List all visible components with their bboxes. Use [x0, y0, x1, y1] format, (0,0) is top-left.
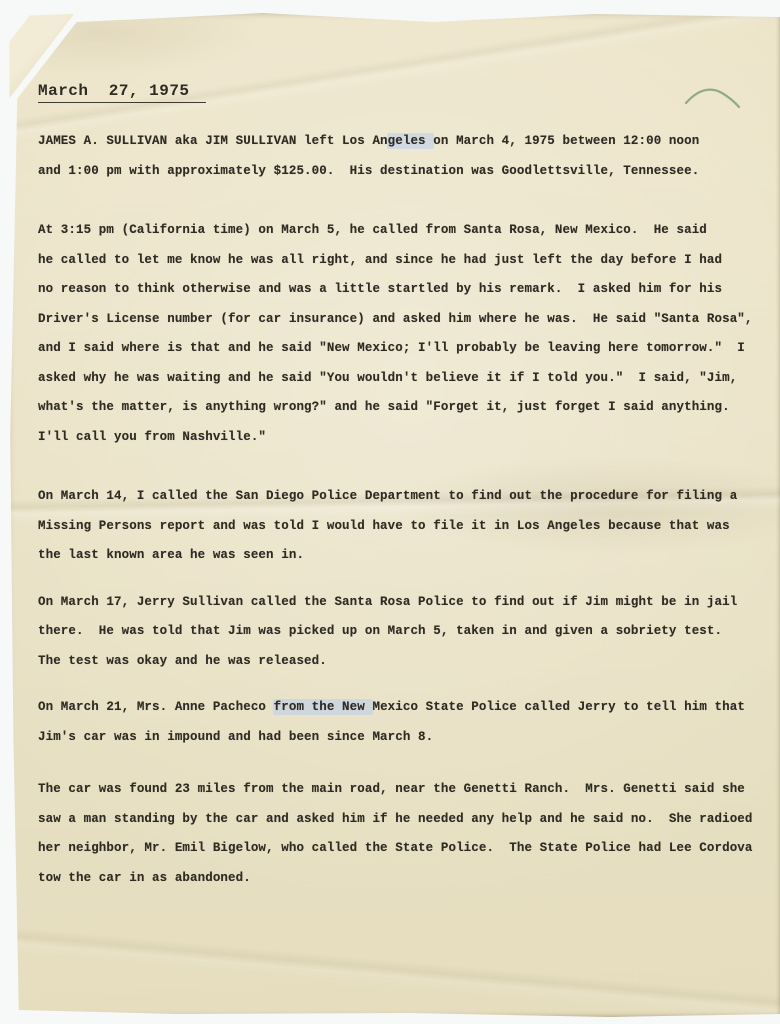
text-line: The car was found 23 miles from the main… — [38, 775, 758, 805]
text-segment: tow the car in as abandoned. — [38, 871, 251, 885]
text-segment: The test was okay and he was released. — [38, 654, 327, 668]
text-segment: there. He was told that Jim was picked u… — [38, 624, 722, 638]
text-segment: he called to let me know he was all righ… — [38, 253, 722, 267]
paragraph: On March 17, Jerry Sullivan called the S… — [38, 588, 758, 677]
text-line: On March 14, I called the San Diego Poli… — [38, 482, 758, 512]
paragraph: On March 21, Mrs. Anne Pacheco from the … — [38, 693, 758, 752]
paragraph: At 3:15 pm (California time) on March 5,… — [38, 216, 758, 452]
text-segment: At 3:15 pm (California time) on March 5,… — [38, 223, 707, 237]
text-segment: The car was found 23 miles from the main… — [38, 782, 745, 796]
text-line: The test was okay and he was released. — [38, 647, 758, 677]
text-segment: the last known area he was seen in. — [38, 548, 304, 562]
text-segment: saw a man standing by the car and asked … — [38, 812, 753, 826]
text-line: and 1:00 pm with approximately $125.00. … — [38, 157, 758, 187]
text-line: At 3:15 pm (California time) on March 5,… — [38, 216, 758, 246]
text-line: On March 21, Mrs. Anne Pacheco from the … — [38, 693, 758, 723]
text-segment: JAMES A. SULLIVAN aka JIM SULLIVAN left … — [38, 134, 388, 148]
document-body: JAMES A. SULLIVAN aka JIM SULLIVAN left … — [38, 127, 758, 893]
text-line: and I said where is that and he said "Ne… — [38, 334, 758, 364]
document-page: March 27, 1975 JAMES A. SULLIVAN aka JIM… — [8, 12, 780, 1018]
text-line: tow the car in as abandoned. — [38, 864, 758, 894]
text-line: Driver's License number (for car insuran… — [38, 305, 758, 335]
text-segment: no reason to think otherwise and was a l… — [38, 282, 722, 296]
text-segment: Jim's car was in impound and had been si… — [38, 730, 433, 744]
text-segment: and I said where is that and he said "Ne… — [38, 341, 745, 355]
highlighted-text: from the New — [274, 700, 373, 714]
text-segment: on March 4, 1975 between 12:00 noon — [433, 134, 699, 148]
text-line: no reason to think otherwise and was a l… — [38, 275, 758, 305]
text-line: Missing Persons report and was told I wo… — [38, 512, 758, 542]
text-segment: On March 14, I called the San Diego Poli… — [38, 489, 737, 503]
text-line: there. He was told that Jim was picked u… — [38, 617, 758, 647]
text-segment: her neighbor, Mr. Emil Bigelow, who call… — [38, 841, 753, 855]
text-segment: Driver's License number (for car insuran… — [38, 312, 753, 326]
text-line: what's the matter, is anything wrong?" a… — [38, 393, 758, 423]
text-segment: Mexico State Police called Jerry to tell… — [372, 700, 744, 714]
text-segment: what's the matter, is anything wrong?" a… — [38, 400, 730, 414]
text-segment: asked why he was waiting and he said "Yo… — [38, 371, 737, 385]
text-line: saw a man standing by the car and asked … — [38, 805, 758, 835]
text-segment: and 1:00 pm with approximately $125.00. … — [38, 164, 699, 178]
text-line: On March 17, Jerry Sullivan called the S… — [38, 588, 758, 618]
date-heading: March 27, 1975 — [38, 82, 206, 103]
text-segment: I'll call you from Nashville." — [38, 430, 266, 444]
text-line: I'll call you from Nashville." — [38, 423, 758, 453]
text-segment: On March 17, Jerry Sullivan called the S… — [38, 595, 737, 609]
text-line: he called to let me know he was all righ… — [38, 246, 758, 276]
text-segment: On March 21, Mrs. Anne Pacheco — [38, 700, 274, 714]
text-line: the last known area he was seen in. — [38, 541, 758, 571]
paragraph: On March 14, I called the San Diego Poli… — [38, 482, 758, 571]
text-line: asked why he was waiting and he said "Yo… — [38, 364, 758, 394]
highlighted-text: geles — [388, 134, 434, 148]
text-line: her neighbor, Mr. Emil Bigelow, who call… — [38, 834, 758, 864]
paragraph: JAMES A. SULLIVAN aka JIM SULLIVAN left … — [38, 127, 758, 186]
text-segment: Missing Persons report and was told I wo… — [38, 519, 730, 533]
paragraph: The car was found 23 miles from the main… — [38, 775, 758, 893]
text-line: JAMES A. SULLIVAN aka JIM SULLIVAN left … — [38, 127, 758, 157]
text-line: Jim's car was in impound and had been si… — [38, 723, 758, 753]
